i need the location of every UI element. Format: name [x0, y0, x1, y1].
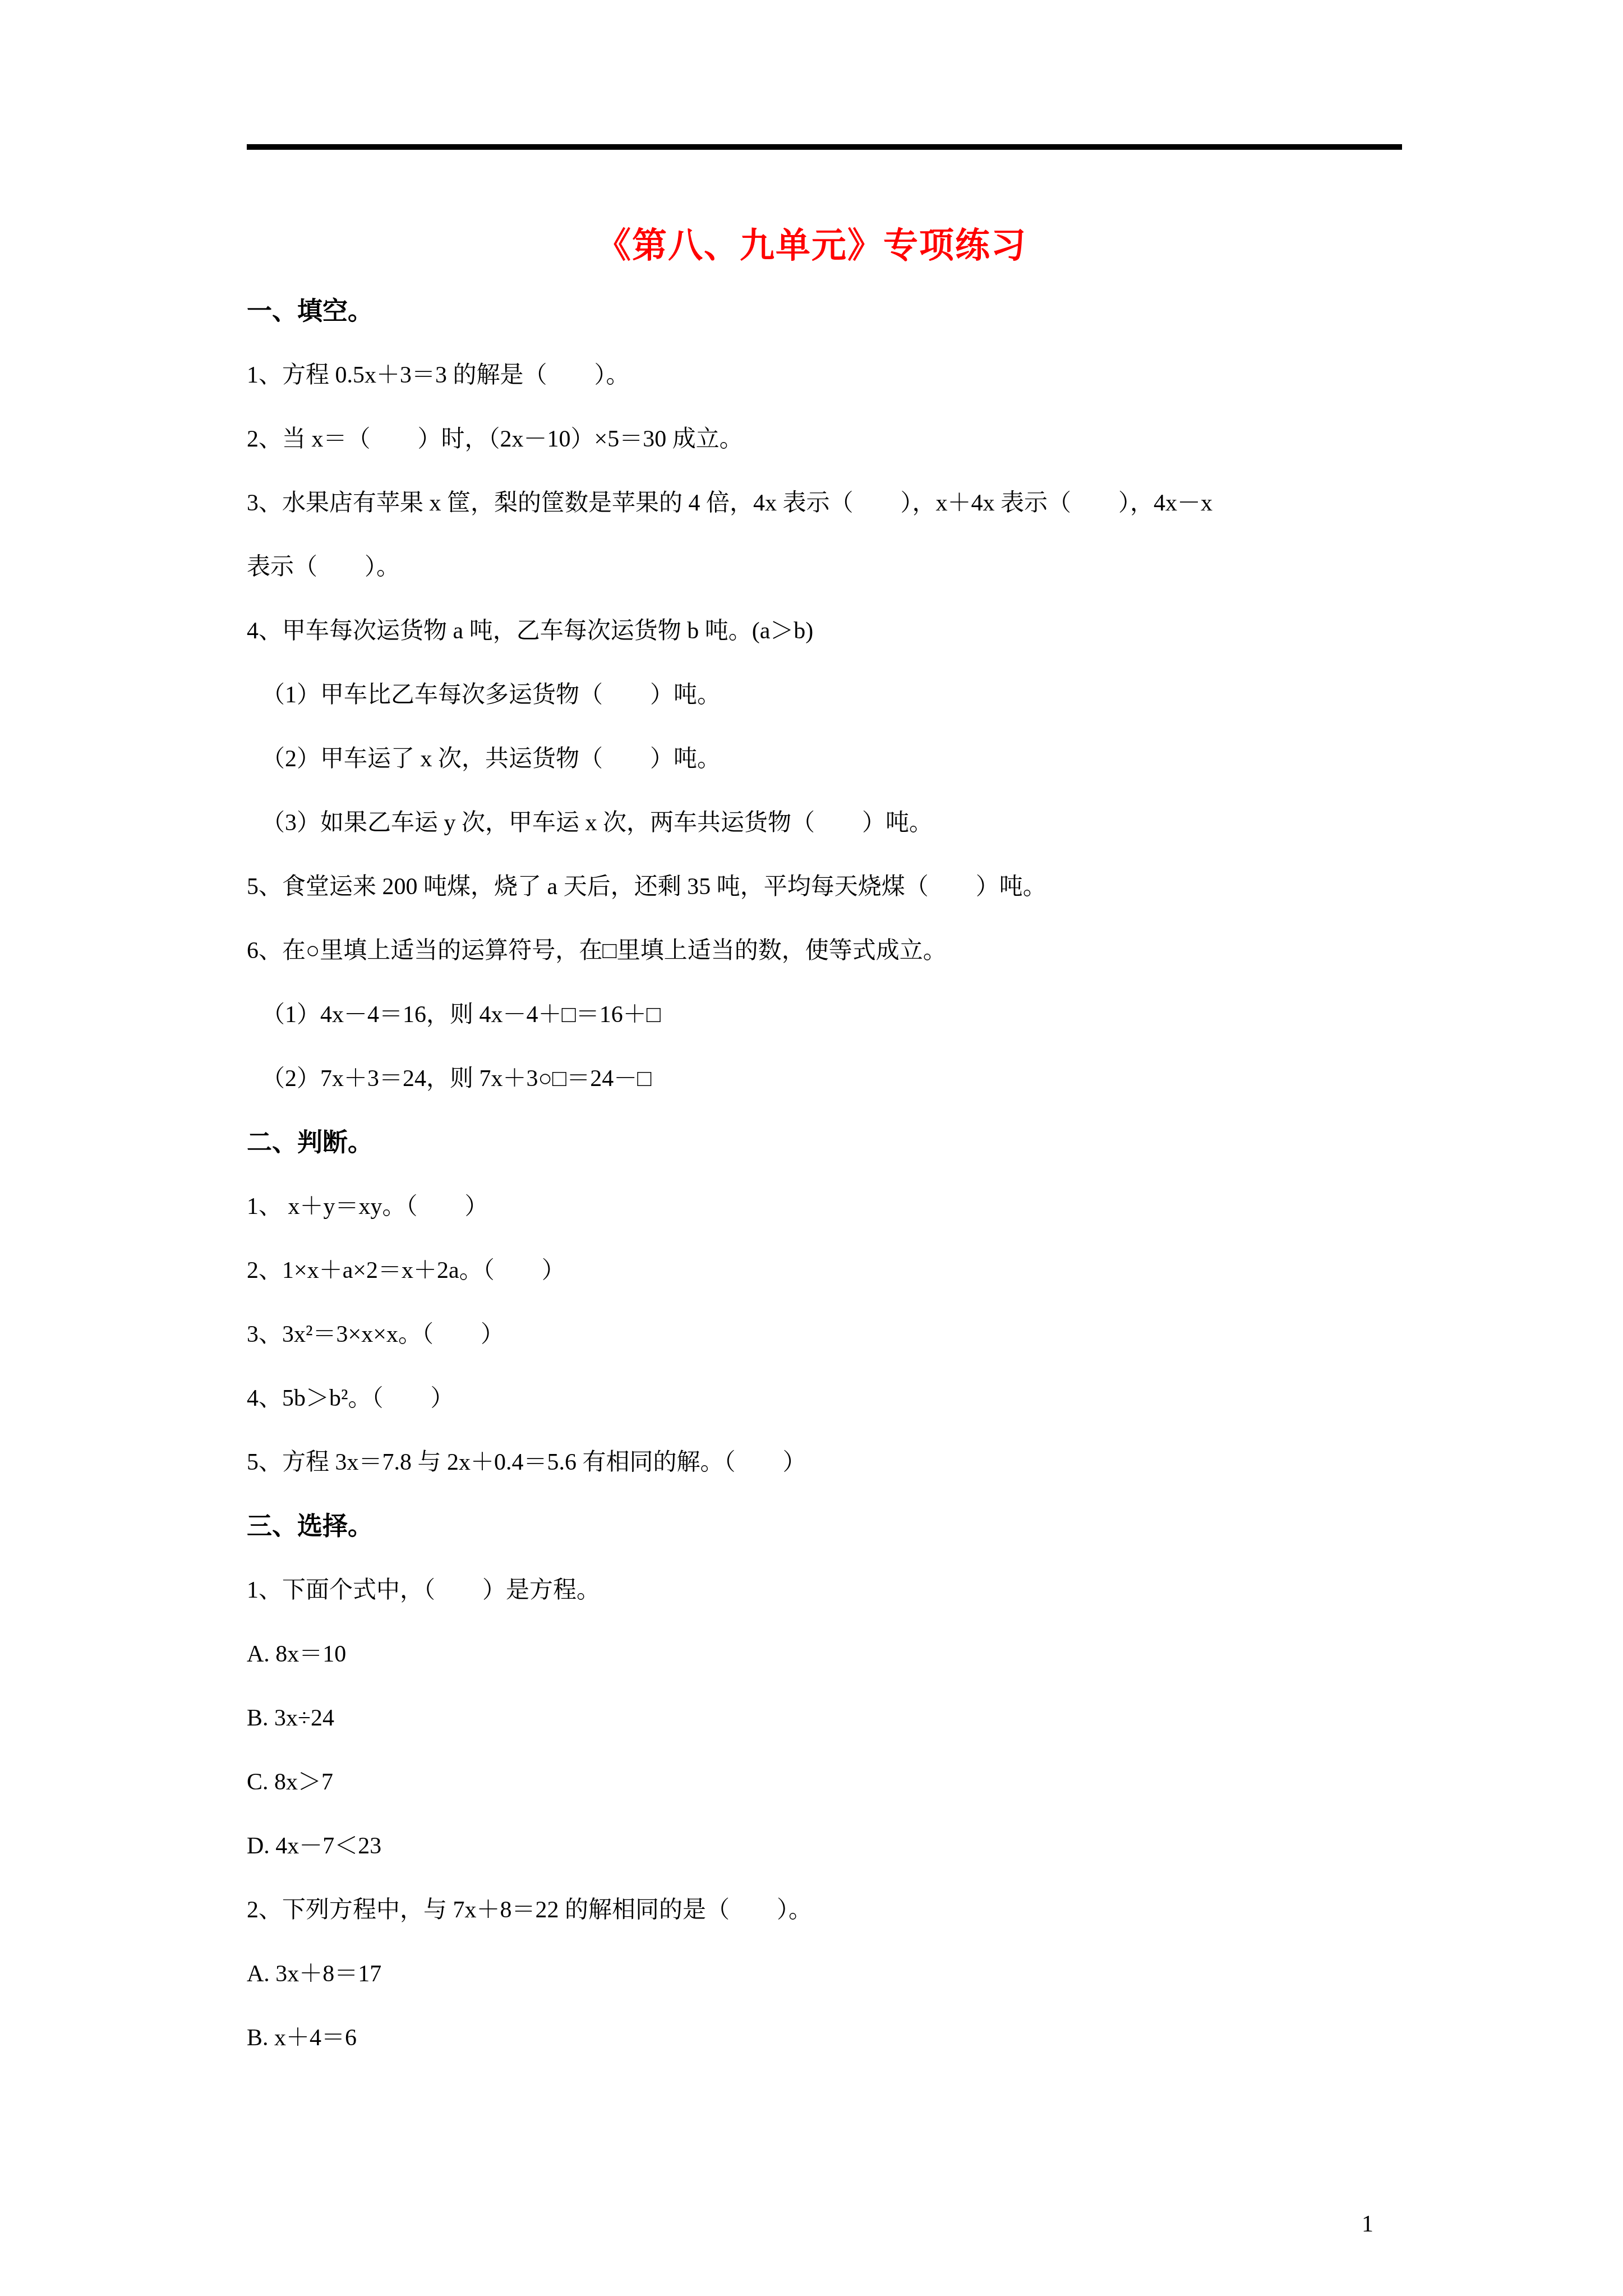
choice-question-1: 1、下面个式中，（ ）是方程。 [247, 1558, 1481, 1622]
section-fill-heading: 一、填空。 [247, 279, 1481, 343]
choice-question-2-option-a: A. 3x＋8＝17 [247, 1942, 1481, 2006]
judge-question-3: 3、3x²＝3×x×x。（ ） [247, 1303, 1481, 1366]
section-choice-heading: 三、选择。 [247, 1494, 1481, 1558]
footer-page-number: 1 [1362, 2192, 1373, 2256]
judge-question-5: 5、方程 3x＝7.8 与 2x＋0.4＝5.6 有相同的解。（ ） [247, 1430, 1481, 1494]
judge-question-2: 2、1×x＋a×2＝x＋2a。（ ） [247, 1239, 1481, 1303]
fill-question-4: 4、甲车每次运货物 a 吨，乙车每次运货物 b 吨。(a＞b) [247, 599, 1481, 663]
judge-question-1: 1、 x＋y＝xy。（ ） [247, 1175, 1481, 1239]
choice-question-1-option-d: D. 4x－7＜23 [247, 1814, 1481, 1878]
choice-question-1-option-b: B. 3x÷24 [247, 1686, 1481, 1750]
header-divider-rule [247, 144, 1402, 150]
choice-question-2-option-b: B. x＋4＝6 [247, 2006, 1481, 2070]
fill-question-4-sub2: （2）甲车运了 x 次，共运货物（ ）吨。 [247, 727, 1481, 791]
choice-question-1-option-a: A. 8x＝10 [247, 1622, 1481, 1686]
page-title: 《第八、九单元》专项练习 [0, 218, 1623, 268]
fill-question-6: 6、在○里填上适当的运算符号，在□里填上适当的数，使等式成立。 [247, 919, 1481, 983]
fill-question-6-sub1: （1）4x－4＝16，则 4x－4＋□＝16＋□ [247, 983, 1481, 1047]
fill-question-6-sub2: （2）7x＋3＝24，则 7x＋3○□＝24－□ [247, 1047, 1481, 1111]
section-judge-heading: 二、判断。 [247, 1111, 1481, 1175]
worksheet-page: 《第八、九单元》专项练习 一、填空。 1、方程 0.5x＋3＝3 的解是（ ）。… [0, 0, 1623, 2296]
fill-question-5: 5、食堂运来 200 吨煤，烧了 a 天后，还剩 35 吨，平均每天烧煤（ ）吨… [247, 855, 1481, 919]
worksheet-body: 一、填空。 1、方程 0.5x＋3＝3 的解是（ ）。 2、当 x＝（ ）时，（… [247, 279, 1481, 2070]
fill-question-4-sub1: （1）甲车比乙车每次多运货物（ ）吨。 [247, 663, 1481, 727]
judge-question-4: 4、5b＞b²。（ ） [247, 1366, 1481, 1430]
fill-question-4-sub3: （3）如果乙车运 y 次，甲车运 x 次，两车共运货物（ ）吨。 [247, 791, 1481, 855]
fill-question-1: 1、方程 0.5x＋3＝3 的解是（ ）。 [247, 343, 1481, 407]
fill-question-2: 2、当 x＝（ ）时，（2x－10）×5＝30 成立。 [247, 407, 1481, 471]
choice-question-1-option-c: C. 8x＞7 [247, 1750, 1481, 1814]
choice-question-2: 2、下列方程中，与 7x＋8＝22 的解相同的是（ ）。 [247, 1878, 1481, 1942]
fill-question-3-line1: 3、水果店有苹果 x 筐，梨的筐数是苹果的 4 倍，4x 表示（ ），x＋4x … [247, 471, 1481, 535]
fill-question-3-line2: 表示（ ）。 [247, 535, 1481, 599]
